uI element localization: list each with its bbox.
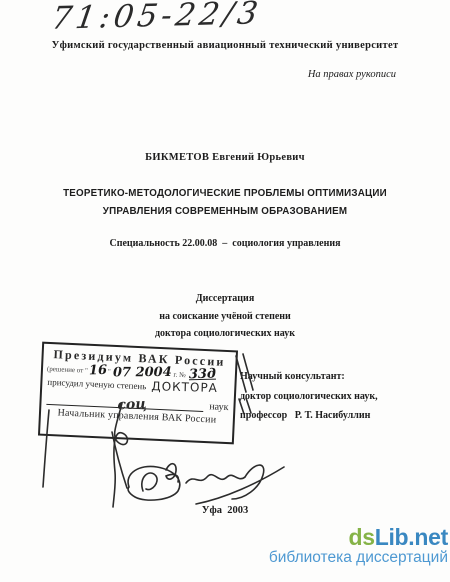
dissertation-title-page: 71:05-22/3 Уфимский государственный авиа… [0,0,450,582]
degree-statement-line2: на соискание учёной степени [0,308,450,326]
speciality-line: Специальность 22.00.08 – социология упра… [0,238,450,249]
dslib-logo-rest: Lib.net [375,524,448,550]
dslib-caption: библиотека диссертаций [269,549,448,566]
stamp-handwritten-field: соц [117,396,147,413]
degree-statement-line1: Диссертация [0,290,450,308]
pen-stroke-through-stamp-2 [112,432,127,488]
dslib-logo-ds: ds [348,524,374,550]
city-year: Уфа 2003 [0,505,450,516]
consultant-label: Научный консультант: [240,367,415,387]
stamp-handwritten-degree: ДОКТОРА [151,379,218,395]
consultant-degree: доктор социологических наук, [240,387,415,407]
stamp-decision-quote: " [108,368,111,376]
signature-initial [142,473,157,491]
shelfmark-handwriting: 71:05-22/3 [49,0,264,37]
stamp-field-suffix: наук [209,401,229,413]
university-name: Уфимский государственный авиационный тех… [0,40,450,51]
dslib-logo[interactable]: dsLib.net [348,525,448,549]
author-name: БИКМЕТОВ Евгений Юрьевич [0,152,450,163]
signature-middle [166,464,245,483]
dissertation-title: ТЕОРЕТИКО-МЕТОДОЛОГИЧЕСКИЕ ПРОБЛЕМЫ ОПТИ… [0,185,450,221]
stamp-handwritten-number: 33д [189,370,216,381]
manuscript-rights-note: На правах рукописи [308,69,396,80]
signature-tail [196,465,284,504]
vak-presidium-stamp: Президиум ВАК России (решение от " 16 " … [38,342,238,445]
stamp-handwritten-date: 07 2004 [113,368,172,377]
scientific-consultant-block: Научный консультант: доктор социологичес… [240,367,415,426]
stamp-number-label: г. № [173,371,186,380]
degree-statement: Диссертация на соискание учёной степени … [0,290,450,343]
stamp-handwritten-day: 16 [89,366,107,375]
dissertation-title-line2: УПРАВЛЕНИЯ СОВРЕМЕННЫМ ОБРАЗОВАНИЕМ [0,203,450,221]
dissertation-title-line1: ТЕОРЕТИКО-МЕТОДОЛОГИЧЕСКИЕ ПРОБЛЕМЫ ОПТИ… [0,185,450,203]
degree-statement-line3: доктора социологических наук [0,325,450,343]
consultant-name: профессор Р. Т. Насибуллин [240,406,415,426]
signature-oval [128,466,180,500]
